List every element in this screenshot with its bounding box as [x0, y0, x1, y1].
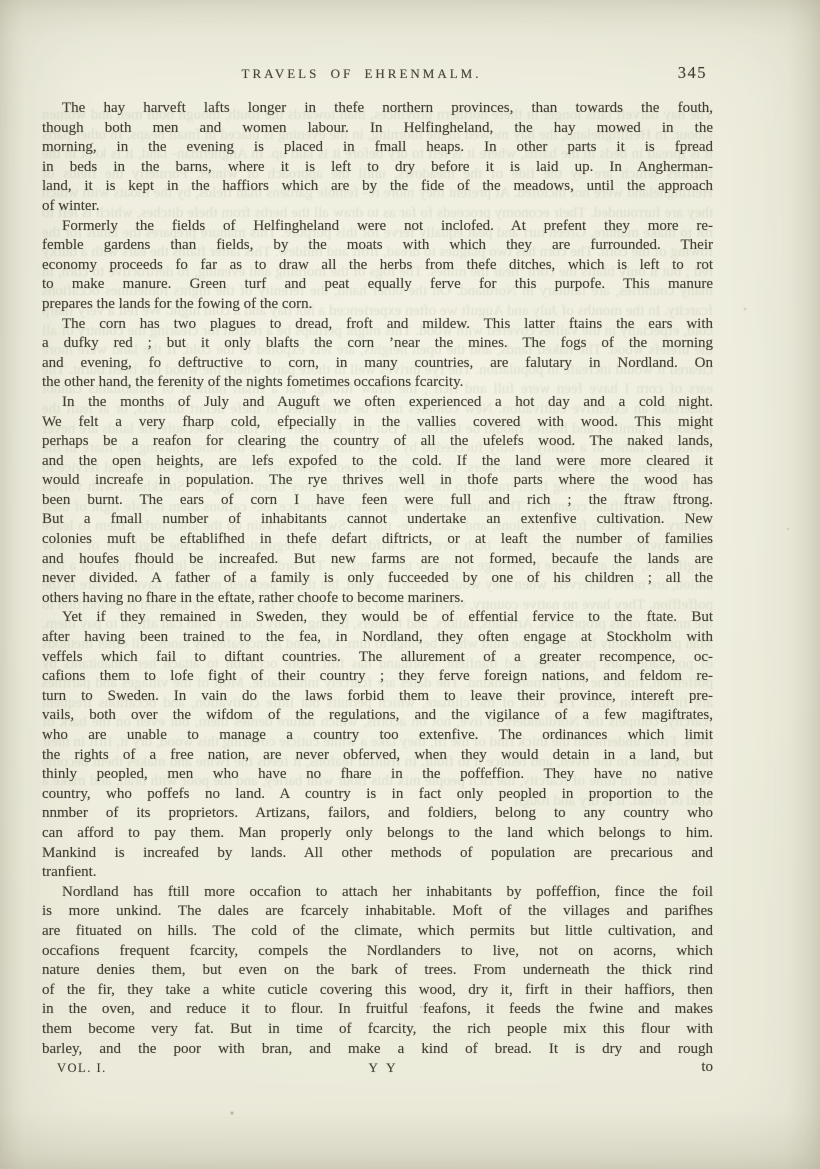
body-line: is more unkind. The dales are fcarcely i… [42, 902, 713, 922]
running-header: TRAVELS OF EHRENMALM. 345 [42, 64, 713, 88]
body-line: Yet if they remained in Sweden, they wou… [42, 608, 713, 628]
body-line: of the fir, they take a white cuticle co… [42, 981, 713, 1001]
paper-specks [0, 0, 2, 2]
body-line: But a fmall number of inhabitants cannot… [42, 510, 713, 530]
body-line: in the oven, and reduce it to flour. In … [42, 1000, 713, 1020]
body-line: been burnt. The ears of corn I have feen… [42, 491, 713, 511]
body-line: can afford to pay them. Man properly onl… [42, 824, 713, 844]
body-line: barley, and the poor with bran, and make… [42, 1040, 713, 1060]
body-line: The hay harveft lafts longer in thefe no… [42, 99, 713, 119]
body-line: never divided. A father of a family is o… [42, 569, 713, 589]
body-line: In the months of July and Auguft we ofte… [42, 393, 713, 413]
body-line: nnmber of its proprietors. Artizans, fai… [42, 804, 713, 824]
body-line: prepares the lands for the fowing of the… [42, 295, 713, 315]
body-line: them become very fat. But in time of fca… [42, 1020, 713, 1040]
body-line: nature denies them, but even on the bark… [42, 961, 713, 981]
body-line: Nordland has ftill more occafion to atta… [42, 883, 713, 903]
body-line: in beds in the barns, where it is left t… [42, 158, 713, 178]
body-line: though both men and women labour. In Hel… [42, 119, 713, 139]
catchword: to [701, 1059, 713, 1076]
page-footer: VOL. I. Y Y to [42, 1059, 713, 1081]
body-line: cafions them to lofe fight of their coun… [42, 667, 713, 687]
body-line: a dufky red ; but it only blafts the cor… [42, 334, 713, 354]
body-line: are fituated on hills. The cold of the c… [42, 922, 713, 942]
body-line: and evening, fo deftructive to corn, in … [42, 354, 713, 374]
body-line: of winter. [42, 197, 713, 217]
page-number: 345 [678, 63, 707, 83]
body-line: Mankind is increafed by lands. All other… [42, 844, 713, 864]
body-line: vails, both over the wifdom of the regul… [42, 706, 713, 726]
body-line: turn to Sweden. In vain do the laws forb… [42, 687, 713, 707]
body-text: The hay harveft lafts longer in thefe no… [42, 99, 713, 1059]
body-line: morning, in the evening is placed in fma… [42, 138, 713, 158]
body-line: occafions frequent fcarcity, compels the… [42, 942, 713, 962]
volume-label: VOL. I. [57, 1061, 107, 1076]
body-line: after having been trained to the fea, in… [42, 628, 713, 648]
body-line: veffels which fail to diftant countries.… [42, 648, 713, 668]
body-line: and the open heights, are lefs expofed t… [42, 452, 713, 472]
body-line: would increafe in population. The rye th… [42, 471, 713, 491]
body-line: and houfes fhould be increafed. But new … [42, 550, 713, 570]
body-line: others having no fhare in the eftate, ra… [42, 589, 713, 609]
body-line: the other hand, the ferenity of the nigh… [42, 373, 713, 393]
body-line: The corn has two plagues to dread, froft… [42, 315, 713, 335]
body-line: tranfient. [42, 863, 713, 883]
body-line: economy proceeds fo far as to draw all t… [42, 256, 713, 276]
body-line: the rights of a free nation, are never o… [42, 746, 713, 766]
body-line: femble gardens than fields, by the moats… [42, 236, 713, 256]
signature-mark: Y Y [368, 1060, 398, 1076]
body-line: perhaps be a reafon for clearing the cou… [42, 432, 713, 452]
body-line: We felt a very fharp cold, efpecially in… [42, 413, 713, 433]
book-page: The hay harveft lafts longer in thefe no… [0, 0, 820, 1169]
body-line: country, who poffefs no land. A country … [42, 785, 713, 805]
running-title: TRAVELS OF EHRENMALM. [242, 66, 482, 82]
body-line: colonies muft be eftablifhed in thefe de… [42, 530, 713, 550]
body-line: to make manure. Green turf and peat equa… [42, 275, 713, 295]
body-line: Formerly the fields of Helfingheland wer… [42, 217, 713, 237]
body-line: land, it is kept in the haffiors which a… [42, 177, 713, 197]
body-line: who are unable to manage a country too e… [42, 726, 713, 746]
body-line: thinly peopled, men who have no fhare in… [42, 765, 713, 785]
